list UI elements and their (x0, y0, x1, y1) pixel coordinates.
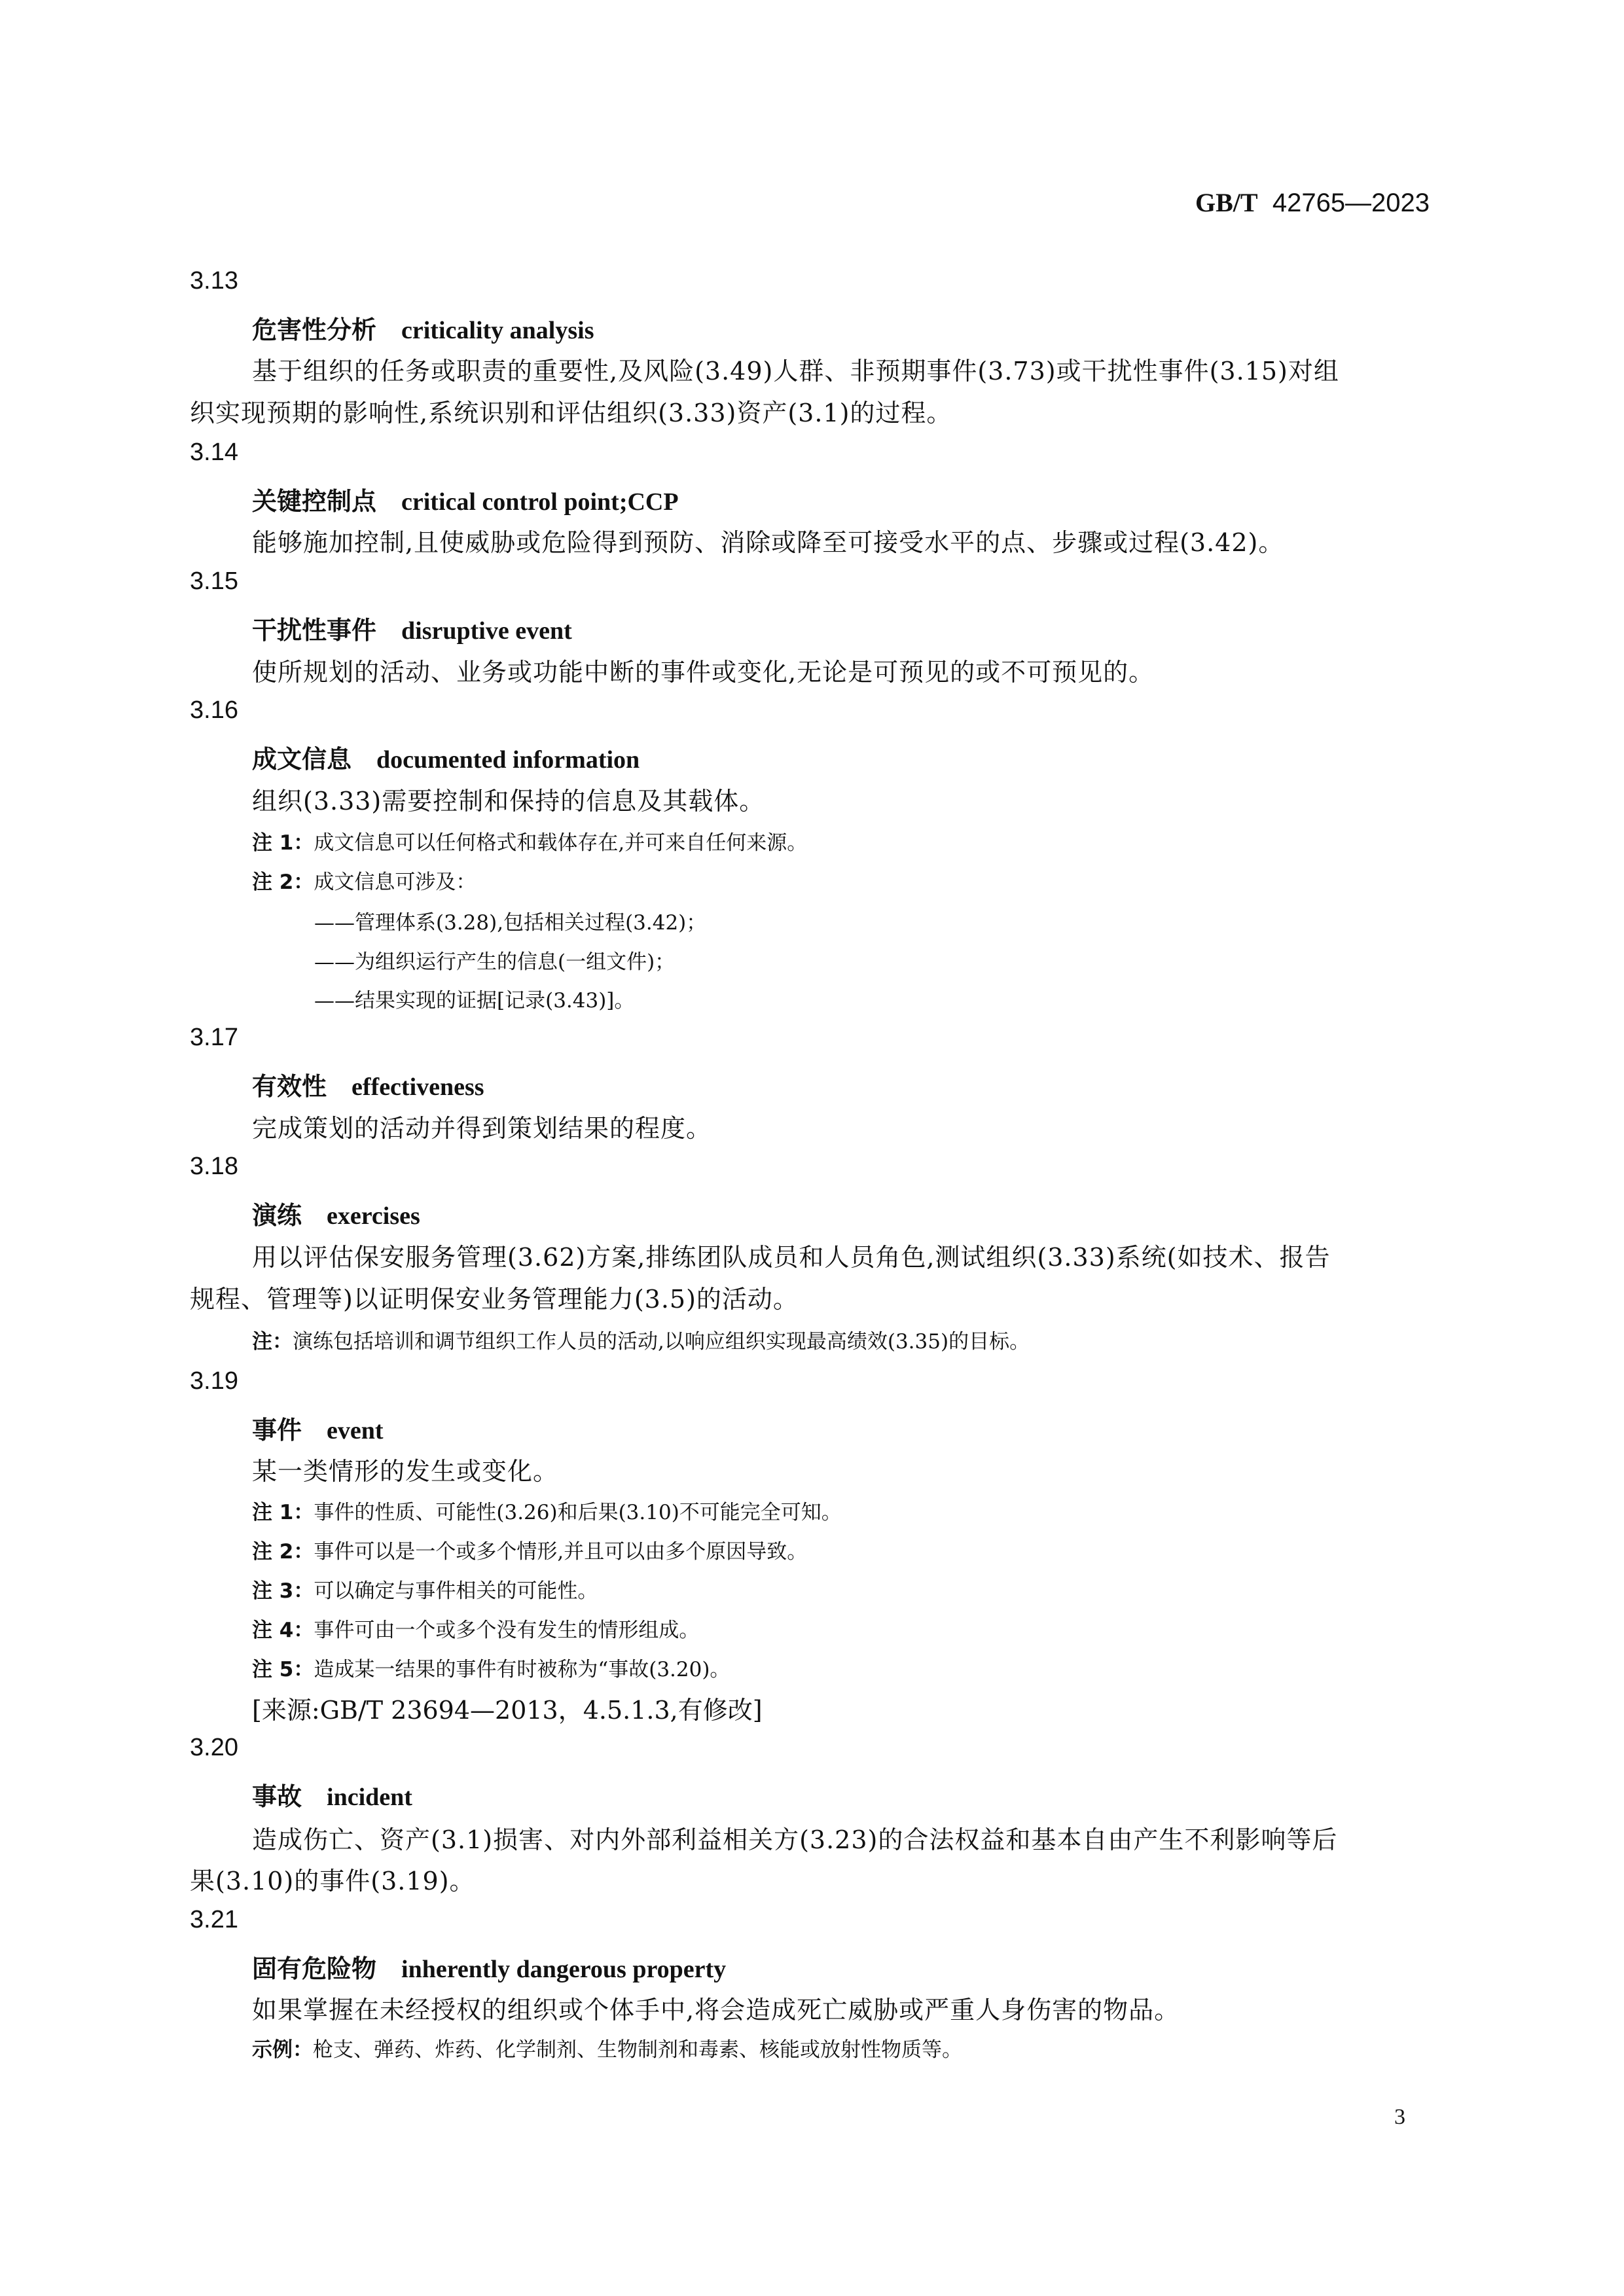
standard-prefix: GB/T (1195, 188, 1258, 217)
term-en: documented information (376, 746, 640, 774)
term-en: effectiveness (352, 1073, 484, 1101)
standard-number: 42765—2023 (1272, 188, 1430, 217)
note: 注 2：事件可以是一个或多个情形,并且可以由多个原因导致。 (252, 1535, 807, 1564)
note-label: 注 4： (252, 1619, 314, 1642)
term-en: criticality analysis (401, 317, 594, 344)
note-text: 事件可以是一个或多个情形,并且可以由多个原因导致。 (314, 1540, 807, 1564)
note: 注：演练包括培训和调节组织工作人员的活动,以响应组织实现最高绩效(3.35)的目… (252, 1325, 1030, 1354)
term-zh: 干扰性事件 (252, 616, 376, 645)
term-en: exercises (327, 1202, 420, 1230)
term-en: incident (327, 1784, 412, 1811)
term-zh: 有效性 (252, 1072, 327, 1101)
note-label: 注 5： (252, 1658, 314, 1681)
entry-term: 危害性分析criticality analysis (252, 310, 594, 346)
page-number: 3 (1394, 2105, 1405, 2130)
note: 注 3：可以确定与事件相关的可能性。 (252, 1574, 598, 1604)
entry-number: 3.18 (190, 1153, 238, 1181)
note-text: 事件可由一个或多个没有发生的情形组成。 (314, 1619, 699, 1642)
note: 注 2：成文信息可涉及： (252, 865, 476, 895)
note-label: 注 2： (252, 870, 314, 894)
definition-line: 使所规划的活动、业务或功能中断的事件或变化,无论是可预见的或不可预见的。 (252, 652, 1154, 688)
definition-line: 能够施加控制,且使威胁或危险得到预防、消除或降至可接受水平的点、步骤或过程(3.… (252, 522, 1284, 558)
entry-term: 干扰性事件disruptive event (252, 610, 572, 646)
definition-line: 用以评估保安服务管理(3.62)方案,排练团队成员和人员角色,测试组织(3.33… (252, 1237, 1331, 1273)
note: 注 1：成文信息可以任何格式和载体存在,并可来自任何来源。 (252, 826, 807, 855)
note-text: 成文信息可以任何格式和载体存在,并可来自任何来源。 (314, 831, 807, 855)
entry-number: 3.19 (190, 1367, 238, 1395)
note-text: 演练包括培训和调节组织工作人员的活动,以响应组织实现最高绩效(3.35)的目标。 (293, 1330, 1030, 1354)
entry-term: 关键控制点critical control point;CCP (252, 481, 679, 517)
entry-number: 3.20 (190, 1734, 238, 1762)
term-en: inherently dangerous property (401, 1956, 726, 1983)
note-text: 造成某一结果的事件有时被称为“事故(3.20)。 (314, 1658, 730, 1681)
definition-line: 织实现预期的影响性,系统识别和评估组织(3.33)资产(3.1)的过程。 (190, 393, 952, 429)
list-item: ——为组织运行产生的信息(一组文件)； (314, 945, 675, 975)
note: 注 5：造成某一结果的事件有时被称为“事故(3.20)。 (252, 1653, 730, 1682)
term-zh: 事故 (252, 1782, 302, 1811)
term-zh: 固有危险物 (252, 1954, 376, 1983)
source-citation: [来源:GB/T 23694—2013，4.5.1.3,有修改] (252, 1690, 763, 1726)
example-label: 示例： (252, 2038, 313, 2062)
term-zh: 事件 (252, 1416, 302, 1444)
term-en: event (327, 1417, 384, 1444)
entry-term: 事故incident (252, 1776, 412, 1812)
entry-number: 3.21 (190, 1906, 238, 1934)
note-label: 注 2： (252, 1540, 314, 1564)
definition-line: 如果掌握在未经授权的组织或个体手中,将会造成死亡威胁或严重人身伤害的物品。 (252, 1990, 1180, 2026)
entry-number: 3.14 (190, 439, 238, 467)
term-en: disruptive event (401, 617, 572, 645)
definition-line: 完成策划的活动并得到策划结果的程度。 (252, 1108, 712, 1144)
entry-term: 有效性effectiveness (252, 1066, 484, 1102)
term-zh: 成文信息 (252, 745, 352, 774)
term-zh: 演练 (252, 1201, 302, 1230)
definition-line: 规程、管理等)以证明保安业务管理能力(3.5)的活动。 (190, 1279, 799, 1315)
definition-line: 果(3.10)的事件(3.19)。 (190, 1861, 475, 1897)
entry-term: 演练exercises (252, 1195, 420, 1231)
entry-number: 3.15 (190, 567, 238, 596)
note-text: 事件的性质、可能性(3.26)和后果(3.10)不可能完全可知。 (314, 1501, 841, 1524)
term-zh: 危害性分析 (252, 315, 376, 344)
entry-term: 固有危险物inherently dangerous property (252, 1948, 726, 1984)
entry-term: 事件event (252, 1410, 384, 1446)
entry-number: 3.17 (190, 1024, 238, 1052)
list-item: ——管理体系(3.28),包括相关过程(3.42)； (314, 906, 706, 935)
entry-number: 3.13 (190, 267, 238, 295)
note-text: 成文信息可涉及： (314, 870, 476, 894)
note-label: 注 1： (252, 1501, 314, 1524)
note: 注 4：事件可由一个或多个没有发生的情形组成。 (252, 1613, 699, 1643)
term-zh: 关键控制点 (252, 487, 376, 516)
list-item: ——结果实现的证据[记录(3.43)]。 (314, 984, 634, 1013)
example: 示例：枪支、弹药、炸药、化学制剂、生物制剂和毒素、核能或放射性物质等。 (252, 2033, 962, 2062)
note-label: 注 1： (252, 831, 314, 855)
definition-line: 某一类情形的发生或变化。 (252, 1451, 558, 1487)
note: 注 1：事件的性质、可能性(3.26)和后果(3.10)不可能完全可知。 (252, 1496, 842, 1525)
note-label: 注 3： (252, 1579, 314, 1603)
definition-line: 基于组织的任务或职责的重要性,及风险(3.49)人群、非预期事件(3.73)或干… (252, 351, 1339, 387)
definition-line: 造成伤亡、资产(3.1)损害、对内外部利益相关方(3.23)的合法权益和基本自由… (252, 1820, 1337, 1856)
term-en: critical control point;CCP (401, 488, 679, 516)
standard-code-header: GB/T 42765—2023 (1195, 187, 1430, 218)
entry-term: 成文信息documented information (252, 739, 640, 775)
example-text: 枪支、弹药、炸药、化学制剂、生物制剂和毒素、核能或放射性物质等。 (313, 2038, 962, 2062)
definition-line: 组织(3.33)需要控制和保持的信息及其载体。 (252, 781, 765, 817)
note-label: 注： (252, 1330, 293, 1354)
entry-number: 3.16 (190, 696, 238, 725)
note-text: 可以确定与事件相关的可能性。 (314, 1579, 598, 1603)
